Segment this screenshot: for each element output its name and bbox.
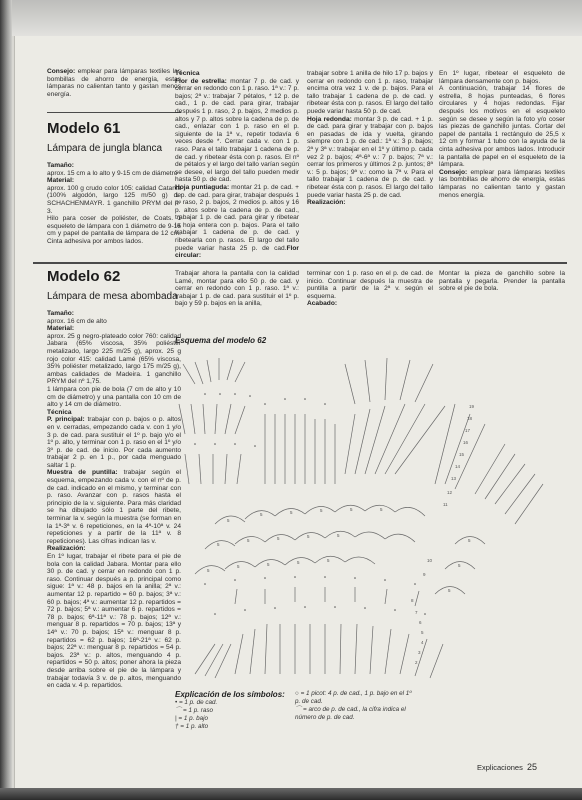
svg-text:14: 14 (455, 464, 461, 469)
top-column-2: Técnica Flor de estrella: montar 7 p. de… (175, 70, 299, 260)
top-column-1: Consejo: emplear para lámparas textiles … (47, 68, 181, 98)
scanner-top-edge (0, 0, 582, 36)
single-crochet-icon: | (175, 715, 177, 722)
material-label: Material: (47, 177, 181, 185)
svg-text:5: 5 (350, 507, 353, 512)
svg-text:5: 5 (448, 588, 451, 593)
svg-text:5: 5 (320, 508, 323, 513)
book-binding-edge (0, 0, 12, 800)
crochet-chart-diagram: 555555 55555 55555 555 2345678910 111213… (175, 344, 567, 684)
svg-text:8: 8 (411, 598, 414, 603)
svg-text:15: 15 (459, 452, 465, 457)
legend-item-chain: • = 1 p. de cad. (175, 699, 315, 707)
svg-text:5: 5 (307, 534, 310, 539)
tamano-label: Tamaño: (47, 310, 181, 318)
svg-text:5: 5 (380, 507, 383, 512)
slip-stitch-icon: ⌒ (175, 707, 181, 714)
stitch-fan-right (435, 404, 543, 524)
top-column-3: trabajar sobre 1 anilla de hilo 17 p. ba… (307, 70, 433, 207)
svg-text:5: 5 (468, 538, 471, 543)
stitch-fan-center (265, 358, 445, 484)
tamano-text: aprox. 16 cm de alto (47, 318, 181, 326)
chain-stitch-dots (194, 393, 426, 615)
pantalla-text: Trabajar ahora la pantalla con la calida… (175, 270, 299, 308)
section-divider (33, 262, 567, 264)
svg-text:5: 5 (237, 564, 240, 569)
svg-text:5: 5 (337, 533, 340, 538)
scanner-bottom-edge (0, 788, 582, 800)
legend-item-arc: ⌒ = arco de p. de cad., la cifra indica … (295, 706, 415, 722)
modelo-61-subtitle: Lámpara de jungla blanca (47, 143, 181, 154)
svg-text:4: 4 (421, 640, 424, 645)
realizacion-text: En 1º lugar, trabajar el ribete para el … (47, 553, 181, 690)
consejo-paragraph: Consejo: emplear para lámparas textiles … (47, 68, 181, 98)
top-column-4: En 1º lugar, ribetear el esqueleto de lá… (439, 70, 565, 199)
svg-text:10: 10 (427, 558, 433, 563)
svg-text:3: 3 (418, 650, 421, 655)
legend-right: ○ = 1 picot: 4 p. de cad., 1 p. bajo en … (295, 690, 415, 722)
divider (47, 112, 181, 113)
svg-text:5: 5 (290, 510, 293, 515)
svg-text:5: 5 (207, 568, 210, 573)
svg-text:17: 17 (465, 428, 471, 433)
tecnica-label: Técnica (175, 70, 299, 78)
svg-text:13: 13 (451, 476, 457, 481)
continuation-text: terminar con 1 p. raso en el p. de cad. … (307, 270, 433, 300)
realizacion-label: Realización: (307, 199, 433, 207)
svg-text:5: 5 (267, 562, 270, 567)
modelo-62-column-2: Trabajar ahora la pantalla con la calida… (175, 270, 299, 308)
chain-arc-rows (195, 505, 485, 594)
modelo-62-column-4: Montar la pieza de ganchillo sobre la pa… (439, 270, 565, 293)
svg-text:9: 9 (423, 572, 426, 577)
magazine-page: Consejo: emplear para lámparas textiles … (14, 36, 582, 788)
material-label: Material: (47, 325, 181, 333)
flor-circular-text: trabajar sobre 1 anilla de hilo 17 p. ba… (307, 70, 433, 116)
modelo-62-column-1: Modelo 62 Lámpara de mesa abombada Tamañ… (47, 268, 181, 690)
p-principal-paragraph: P. principal: trabajar con p. bajos o p.… (47, 416, 181, 469)
realizacion-text: En 1º lugar, ribetear el esqueleto de lá… (439, 70, 565, 169)
svg-text:12: 12 (447, 490, 453, 495)
svg-text:18: 18 (467, 416, 473, 421)
realizacion-label: Realización: (47, 545, 181, 553)
svg-text:5: 5 (277, 536, 280, 541)
svg-text:5: 5 (297, 560, 300, 565)
hoja-puntiaguda-paragraph: Hoja puntiaguda: montar 21 p. de cad. + … (175, 184, 299, 260)
picot-icon: ○ (295, 690, 299, 697)
hoja-redonda-paragraph: Hoja redonda: montar 3 p. de cad. + 1 p.… (307, 116, 433, 200)
consejo-right-paragraph: Consejo: emplear para lámparas textiles … (439, 169, 565, 199)
page-number: 25 (527, 762, 537, 772)
svg-text:5: 5 (458, 563, 461, 568)
modelo-61-header: Modelo 61 Lámpara de jungla blanca Tamañ… (47, 120, 181, 246)
flor-estrella-paragraph: Flor de estrella: montar 7 p. de cad. y … (175, 78, 299, 184)
modelo-62-title: Modelo 62 (47, 268, 181, 285)
svg-text:5: 5 (327, 558, 330, 563)
material-text: aprox. 100 g crudo color 105: calidad Ca… (47, 185, 181, 246)
acabado-text: Montar la pieza de ganchillo sobre la pa… (439, 270, 565, 293)
svg-text:16: 16 (463, 440, 469, 445)
legend-item-single: | = 1 p. bajo (175, 715, 315, 723)
svg-text:6: 6 (419, 620, 422, 625)
svg-text:2: 2 (415, 660, 418, 665)
stitch-fan-left (179, 358, 245, 484)
muestra-paragraph: Muestra de puntilla: trabajar según el e… (47, 469, 181, 545)
svg-text:5: 5 (247, 538, 250, 543)
page-footer: Explicaciones 25 (477, 762, 537, 772)
legend-item-double: † = 1 p. alto (175, 723, 315, 731)
footer-section-label: Explicaciones (477, 763, 523, 772)
legend-item-picot: ○ = 1 picot: 4 p. de cad., 1 p. bajo en … (295, 690, 415, 706)
acabado-label: Acabado: (307, 300, 433, 308)
stitch-fan-bottom (195, 587, 443, 678)
svg-text:5: 5 (421, 630, 424, 635)
svg-text:11: 11 (443, 502, 448, 507)
svg-text:5: 5 (217, 542, 220, 547)
svg-text:5: 5 (260, 512, 263, 517)
chain-arc-icon: ⌒ (295, 706, 301, 713)
svg-text:5: 5 (227, 518, 230, 523)
modelo-62-column-3: terminar con 1 p. raso en el p. de cad. … (307, 270, 433, 308)
svg-text:7: 7 (415, 610, 418, 615)
double-crochet-icon: † (175, 723, 179, 730)
legend-item-slip: ⌒ = 1 p. raso (175, 707, 315, 715)
modelo-61-title: Modelo 61 (47, 120, 181, 137)
modelo-62-subtitle: Lámpara de mesa abombada (47, 291, 181, 302)
tamano-text: aprox. 15 cm a lo alto y 9-15 cm de diám… (47, 170, 181, 178)
legend-left: Explicación de los símbolos: • = 1 p. de… (175, 690, 315, 731)
chain-dot-icon: • (175, 699, 177, 706)
material-text: aprox. 25 g negro-plateado color 760: ca… (47, 333, 181, 409)
tecnica-label: Técnica (47, 409, 181, 417)
legend-title: Explicación de los símbolos: (175, 690, 315, 699)
tamano-label: Tamaño: (47, 162, 181, 170)
svg-text:19: 19 (469, 404, 475, 409)
